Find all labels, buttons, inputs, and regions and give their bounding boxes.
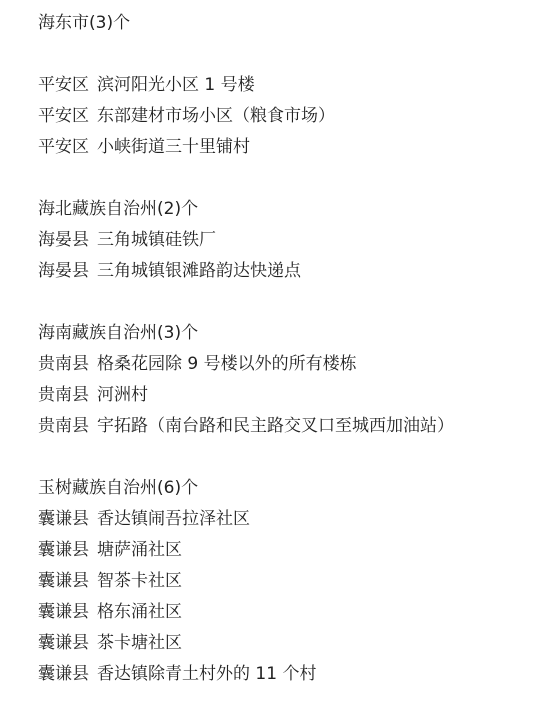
district-name: 囊谦县 bbox=[38, 504, 89, 535]
section-heading: 海北藏族自治州(2)个 bbox=[38, 194, 537, 225]
list-item: 囊谦县香达镇除青土村外的 11 个村 bbox=[38, 659, 537, 690]
blank-line bbox=[38, 163, 537, 194]
district-name: 囊谦县 bbox=[38, 566, 89, 597]
location-name: 东部建材市场小区（粮食市场） bbox=[97, 106, 335, 126]
district-name: 囊谦县 bbox=[38, 628, 89, 659]
district-name: 平安区 bbox=[38, 70, 89, 101]
location-name: 小峡街道三十里铺村 bbox=[97, 137, 250, 157]
list-item: 平安区东部建材市场小区（粮食市场） bbox=[38, 101, 537, 132]
blank-line bbox=[38, 39, 537, 70]
location-name: 宇拓路（南台路和民主路交叉口至城西加油站） bbox=[97, 416, 454, 436]
blank-line bbox=[38, 442, 537, 473]
list-item: 囊谦县智茶卡社区 bbox=[38, 566, 537, 597]
district-name: 囊谦县 bbox=[38, 535, 89, 566]
location-name: 香达镇除青土村外的 11 个村 bbox=[97, 664, 316, 684]
list-item: 平安区小峡街道三十里铺村 bbox=[38, 132, 537, 163]
district-name: 囊谦县 bbox=[38, 659, 89, 690]
list-item: 囊谦县塘萨涌社区 bbox=[38, 535, 537, 566]
district-name: 贵南县 bbox=[38, 380, 89, 411]
location-name: 格桑花园除 9 号楼以外的所有楼栋 bbox=[97, 354, 357, 374]
location-name: 滨河阳光小区 1 号楼 bbox=[97, 75, 255, 95]
section-heading: 海东市(3)个 bbox=[38, 8, 537, 39]
location-name: 三角城镇银滩路韵达快递点 bbox=[97, 261, 301, 281]
district-name: 贵南县 bbox=[38, 411, 89, 442]
list-item: 贵南县宇拓路（南台路和民主路交叉口至城西加油站） bbox=[38, 411, 537, 442]
list-item: 囊谦县格东涌社区 bbox=[38, 597, 537, 628]
district-name: 平安区 bbox=[38, 101, 89, 132]
list-item: 平安区滨河阳光小区 1 号楼 bbox=[38, 70, 537, 101]
location-name: 河洲村 bbox=[97, 385, 148, 405]
section-heading: 玉树藏族自治州(6)个 bbox=[38, 473, 537, 504]
district-name: 平安区 bbox=[38, 132, 89, 163]
district-name: 海晏县 bbox=[38, 256, 89, 287]
section-heading: 海南藏族自治州(3)个 bbox=[38, 318, 537, 349]
list-item: 囊谦县香达镇闹吾拉泽社区 bbox=[38, 504, 537, 535]
location-name: 香达镇闹吾拉泽社区 bbox=[97, 509, 250, 529]
location-name: 智茶卡社区 bbox=[97, 571, 182, 591]
blank-line bbox=[38, 287, 537, 318]
document-body: 海东市(3)个 平安区滨河阳光小区 1 号楼 平安区东部建材市场小区（粮食市场）… bbox=[38, 8, 537, 690]
list-item: 囊谦县茶卡塘社区 bbox=[38, 628, 537, 659]
list-item: 海晏县三角城镇银滩路韵达快递点 bbox=[38, 256, 537, 287]
location-name: 塘萨涌社区 bbox=[97, 540, 182, 560]
location-name: 格东涌社区 bbox=[97, 602, 182, 622]
list-item: 贵南县河洲村 bbox=[38, 380, 537, 411]
location-name: 茶卡塘社区 bbox=[97, 633, 182, 653]
district-name: 囊谦县 bbox=[38, 597, 89, 628]
list-item: 海晏县三角城镇硅铁厂 bbox=[38, 225, 537, 256]
location-name: 三角城镇硅铁厂 bbox=[97, 230, 216, 250]
district-name: 贵南县 bbox=[38, 349, 89, 380]
list-item: 贵南县格桑花园除 9 号楼以外的所有楼栋 bbox=[38, 349, 537, 380]
district-name: 海晏县 bbox=[38, 225, 89, 256]
